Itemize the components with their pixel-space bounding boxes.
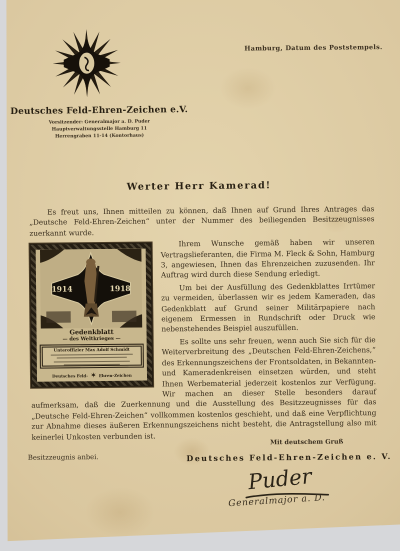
closing-greeting: Mit deutschem Gruß: [240, 438, 374, 446]
certificate-detail-line: [64, 364, 120, 366]
paragraph-1: Es freut uns, Ihnen mitteilen zu können,…: [29, 204, 374, 239]
letterhead-org-block: Deutsches Feld-Ehren-Zeichen e.V. Vorsit…: [10, 105, 188, 141]
signature-title-handwritten: Generalmajor a. D.: [228, 493, 326, 509]
svg-text:1914: 1914: [52, 285, 73, 294]
enclosure-note: Besitzzeugnis anbei.: [28, 453, 99, 462]
feld-ehren-zeichen-medal-icon: [49, 23, 124, 104]
certificate-detail-line: [50, 354, 133, 356]
org-subline-3: Herrengraben 11-14 (Kontorhaus): [10, 132, 188, 141]
date-line: Hamburg, Datum des Poststempels.: [244, 43, 382, 52]
certificate-inner: 1914 1918 Gedenkblatt — des Weltkrieges …: [36, 249, 147, 382]
certificate-name-box: Unteroffizier Max Adolf Schmidt: [40, 344, 144, 369]
document-scan: Hamburg, Datum des Poststempels. Deutsch…: [0, 0, 400, 551]
letter-body: Es freut uns, Ihnen mitteilen zu können,…: [29, 204, 376, 445]
certificate-name-line: Unteroffizier Max Adolf Schmidt: [44, 347, 140, 353]
certificate-detail-line: [53, 360, 130, 362]
svg-text:1918: 1918: [110, 284, 131, 293]
certificate-footer-left: Deutsches Feld-: [52, 371, 88, 382]
certificate-detail-line: [57, 357, 126, 359]
org-name: Deutsches Feld-Ehren-Zeichen e.V.: [10, 105, 188, 117]
iron-cross-soldier-illustration: 1914 1918: [36, 249, 147, 329]
letter-content: Hamburg, Datum des Poststempels. Deutsch…: [0, 0, 400, 551]
certificate-title-line2: — des Weltkrieges —: [37, 336, 147, 343]
certificate-footer-right: Ehren-Zeichen: [99, 371, 132, 382]
certificate-footer: Deutsches Feld- ✶ Ehren-Zeichen: [37, 370, 147, 382]
medal-star-icon: ✶: [91, 374, 96, 378]
closing-org-name: Deutsches Feld-Ehren-Zeichen e. V.: [186, 452, 391, 463]
certificate-title: Gedenkblatt — des Weltkrieges —: [37, 329, 147, 343]
signature-puder: Puder: [247, 464, 313, 494]
salutation: Werter Herr Kamerad!: [0, 179, 399, 194]
gedenkblatt-certificate-image: 1914 1918 Gedenkblatt — des Weltkrieges …: [30, 243, 154, 388]
